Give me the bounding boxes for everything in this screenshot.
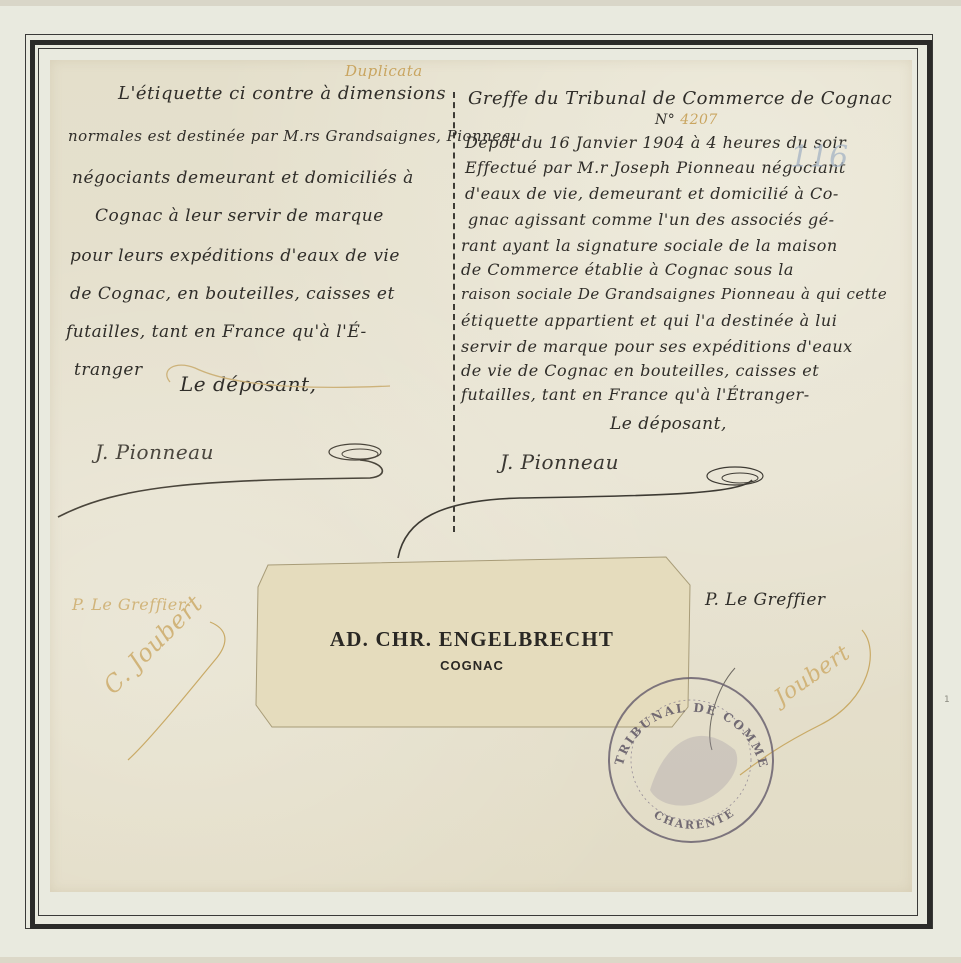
right-signature: J. Pionneau: [500, 450, 619, 474]
left-line-3: négociants demeurant et domiciliés à: [72, 168, 414, 188]
trademark-label-card: AD. CHR. ENGELBRECHT COGNAC: [254, 557, 690, 727]
left-line-5: pour leurs expéditions d'eaux de vie: [70, 246, 400, 266]
deposit-number: N° 4207: [655, 112, 718, 128]
number-label: N°: [655, 112, 675, 128]
left-line-1: L'étiquette ci contre à dimensions: [118, 83, 446, 104]
right-heading: Greffe du Tribunal de Commerce de Cognac: [468, 88, 892, 109]
right-line-11: futailles, tant en France qu'à l'Étrange…: [461, 385, 810, 404]
left-signoff: Le déposant,: [180, 372, 316, 396]
right-line-7: raison sociale De Grandsaignes Pionneau …: [461, 285, 887, 303]
right-line-8: étiquette appartient et qui l'a destinée…: [461, 311, 837, 330]
left-signature: J. Pionneau: [95, 440, 214, 464]
column-divider: [453, 92, 455, 532]
left-line-7: futailles, tant en France qu'à l'É-: [66, 322, 367, 342]
left-line-4: Cognac à leur servir de marque: [95, 206, 384, 226]
right-signoff: Le déposant,: [610, 414, 727, 434]
right-line-3: d'eaux de vie, demeurant et domicilié à …: [465, 184, 839, 203]
left-line-2: normales est destinée par M.rs Grandsaig…: [68, 127, 521, 145]
left-line-6: de Cognac, en bouteilles, caisses et: [70, 284, 395, 304]
label-brand-name: AD. CHR. ENGELBRECHT: [254, 627, 690, 652]
margin-mark: 1: [944, 695, 950, 705]
right-line-9: servir de marque pour ses expéditions d'…: [461, 337, 853, 356]
left-line-8: tranger: [74, 360, 143, 380]
right-line-2: Effectué par M.r Joseph Pionneau négocia…: [465, 158, 846, 177]
pencil-mark: 116: [790, 140, 849, 175]
right-line-10: de vie de Cognac en bouteilles, caisses …: [461, 361, 819, 380]
clerk-right-label-text: P. Le Greffier: [705, 590, 826, 610]
right-line-6: de Commerce établie à Cognac sous la: [461, 260, 794, 279]
duplicata-annotation: Duplicata: [345, 62, 423, 80]
right-line-5: rant ayant la signature sociale de la ma…: [461, 236, 838, 255]
number-value: 4207: [680, 112, 718, 128]
right-line-4: gnac agissant comme l'un des associés gé…: [468, 210, 835, 229]
clerk-right-label: P. Le Greffier: [705, 590, 826, 610]
bottom-edge: [0, 957, 961, 963]
top-edge: [0, 0, 961, 6]
label-city: COGNAC: [254, 658, 690, 673]
